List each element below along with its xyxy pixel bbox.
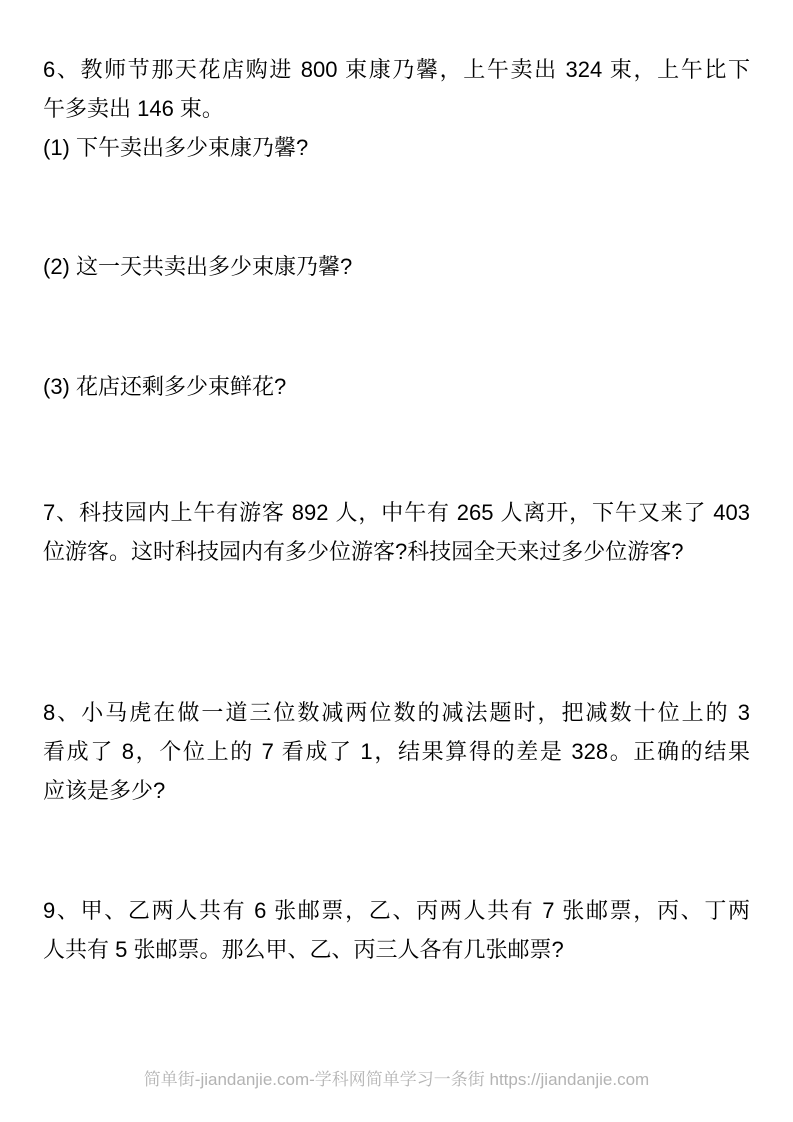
worksheet-content: 6、教师节那天花店购进 800 束康乃馨，上午卖出 324 束，上午比下 午多卖…: [0, 0, 793, 969]
problem-6-subquestion-2: (2) 这一天共卖出多少束康乃馨?: [43, 247, 750, 286]
answer-space-2: [43, 286, 750, 367]
problem-8: 8、小马虎在做一道三位数减两位数的减法题时，把减数十位上的 3 看成了 8，个位…: [43, 693, 750, 810]
answer-space-4: [43, 571, 750, 693]
problem-7: 7、科技园内上午有游客 892 人，中午有 265 人离开，下午又来了 403 …: [43, 493, 750, 571]
problem-6-line-2: 午多卖出 146 束。: [43, 89, 750, 128]
watermark-text: 简单街-jiandanjie.com-学科网简单学习一条街 https://ji…: [144, 1070, 649, 1089]
problem-9-line-1: 9、甲、乙两人共有 6 张邮票，乙、丙两人共有 7 张邮票，丙、丁两: [43, 891, 750, 930]
answer-space-3: [43, 406, 750, 493]
problem-8-line-3: 应该是多少?: [43, 771, 750, 810]
worksheet-page: 6、教师节那天花店购进 800 束康乃馨，上午卖出 324 束，上午比下 午多卖…: [0, 0, 793, 1122]
problem-7-line-2: 位游客。这时科技园内有多少位游客?科技园全天来过多少位游客?: [43, 532, 750, 571]
watermark-footer: 简单街-jiandanjie.com-学科网简单学习一条街 https://ji…: [0, 1068, 793, 1092]
problem-6-subquestion-3: (3) 花店还剩多少束鲜花?: [43, 367, 750, 406]
problem-6: 6、教师节那天花店购进 800 束康乃馨，上午卖出 324 束，上午比下 午多卖…: [43, 50, 750, 128]
problem-7-line-1: 7、科技园内上午有游客 892 人，中午有 265 人离开，下午又来了 403: [43, 493, 750, 532]
answer-space-5: [43, 810, 750, 891]
answer-space-1: [43, 167, 750, 247]
problem-6-line-1: 6、教师节那天花店购进 800 束康乃馨，上午卖出 324 束，上午比下: [43, 50, 750, 89]
problem-9: 9、甲、乙两人共有 6 张邮票，乙、丙两人共有 7 张邮票，丙、丁两 人共有 5…: [43, 891, 750, 969]
problem-6-subquestion-1: (1) 下午卖出多少束康乃馨?: [43, 128, 750, 167]
problem-9-line-2: 人共有 5 张邮票。那么甲、乙、丙三人各有几张邮票?: [43, 930, 750, 969]
problem-8-line-2: 看成了 8，个位上的 7 看成了 1，结果算得的差是 328。正确的结果: [43, 732, 750, 771]
problem-8-line-1: 8、小马虎在做一道三位数减两位数的减法题时，把减数十位上的 3: [43, 693, 750, 732]
